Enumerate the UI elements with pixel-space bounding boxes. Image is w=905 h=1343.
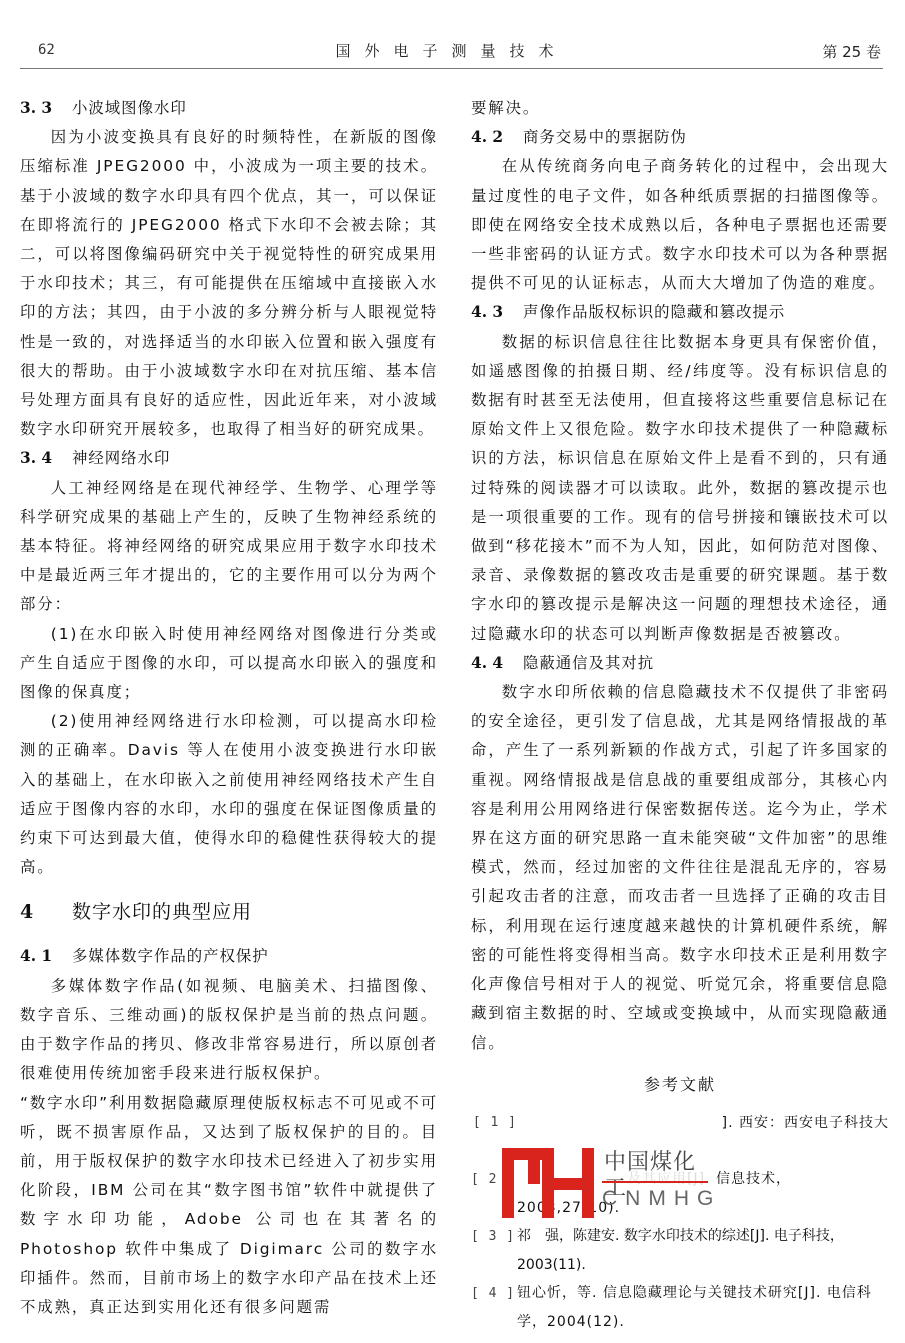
volume-label: 第 25 卷	[822, 41, 881, 62]
paragraph: 因为小波变换具有良好的时频特性，在新版的图像压缩标准 JPEG2000 中，小波…	[20, 123, 438, 444]
reference-number: [ 3 ]	[471, 1223, 517, 1251]
section-number: 4. 1	[20, 942, 72, 971]
watermark-logo: 中国煤化工 CNMHG	[502, 1148, 714, 1218]
section-number: 4	[20, 894, 72, 930]
journal-title: 国外电子测量技术	[20, 40, 883, 61]
section-title: 声像作品版权标识的隐藏和篡改提示	[523, 303, 785, 321]
section-number: 4. 2	[471, 123, 523, 152]
section-number: 4. 3	[471, 298, 523, 327]
page-header: 62 国外电子测量技术 第 25 卷	[20, 40, 883, 69]
paragraph: 在从传统商务向电子商务转化的过程中，会出现大量过度性的电子文件，如各种纸质票据的…	[471, 152, 889, 298]
section-heading-4-2: 4. 2商务交易中的票据防伪	[471, 123, 889, 152]
paragraph: (1)在水印嵌入时使用神经网络对图像进行分类或产生自适应于图像的水印，可以提高水…	[20, 620, 438, 708]
paragraph: 数字水印所依赖的信息隐藏技术不仅提供了非密码的安全途径，更引发了信息战，尤其是网…	[471, 678, 889, 1058]
reference-number: [ 1 ]	[471, 1109, 517, 1137]
reference-item: [ 3 ]祁 强，陈建安. 数字水印技术的综述[J]. 电子科技，2003(11…	[471, 1222, 889, 1279]
logo-english-text: CNMHG	[602, 1186, 721, 1212]
section-heading-3-3: 3. 3小波域图像水印	[20, 94, 438, 123]
paragraph-continuation: 要解决。	[471, 94, 889, 123]
paragraph: (2)使用神经网络进行水印检测，可以提高水印检测的正确率。Davis 等人在使用…	[20, 707, 438, 882]
section-heading-4-1: 4. 1多媒体数字作品的产权保护	[20, 942, 438, 971]
section-title: 隐蔽通信及其对抗	[523, 654, 654, 672]
paragraph: 多媒体数字作品(如视频、电脑美术、扫描图像、数字音乐、三维动画)的版权保护是当前…	[20, 972, 438, 1089]
reference-number: [ 4 ]	[471, 1280, 517, 1308]
section-heading-3-4: 3. 4神经网络水印	[20, 444, 438, 473]
paragraph: 人工神经网络是在现代神经学、生物学、心理学等科学研究成果的基础上产生的，反映了生…	[20, 474, 438, 620]
paragraph: “数字水印”利用数据隐藏原理使版权标志不可见或不可听，既不损害原作品，又达到了版…	[20, 1089, 438, 1323]
section-title: 多媒体数字作品的产权保护	[72, 947, 269, 965]
section-heading-4-3: 4. 3声像作品版权标识的隐藏和篡改提示	[471, 298, 889, 327]
left-column: 3. 3小波域图像水印 因为小波变换具有良好的时频特性，在新版的图像压缩标准 J…	[20, 94, 438, 1322]
section-number: 3. 4	[20, 444, 72, 473]
paragraph: 数据的标识信息往往比数据本身更具有保密价值，如遥感图像的拍摄日期、经/纬度等。没…	[471, 328, 889, 649]
section-title: 商务交易中的票据防伪	[523, 128, 687, 146]
reference-text: 祁 强，陈建安. 数字水印技术的综述[J]. 电子科技，2003(11).	[517, 1228, 844, 1273]
references-title: 参考文献	[471, 1070, 889, 1099]
section-title: 数字水印的典型应用	[72, 901, 252, 923]
logo-divider	[602, 1181, 708, 1183]
section-number: 3. 3	[20, 94, 72, 123]
section-heading-4-4: 4. 4隐蔽通信及其对抗	[471, 649, 889, 678]
reference-item: [ 1 ]]. 西安：西安电子科技大	[471, 1109, 889, 1137]
reference-text: ]. 西安：西安电子科技大	[722, 1115, 889, 1131]
section-title: 神经网络水印	[72, 449, 170, 467]
reference-item: [ 4 ]钮心忻，等. 信息隐藏理论与关键技术研究[J]. 电信科学，2004(…	[471, 1279, 889, 1336]
section-title: 小波域图像水印	[72, 99, 187, 117]
section-heading-4: 4数字水印的典型应用	[20, 894, 438, 930]
mh-logo-icon	[502, 1148, 602, 1218]
reference-text: 钮心忻，等. 信息隐藏理论与关键技术研究[J]. 电信科学，2004(12).	[517, 1285, 872, 1330]
section-number: 4. 4	[471, 649, 523, 678]
